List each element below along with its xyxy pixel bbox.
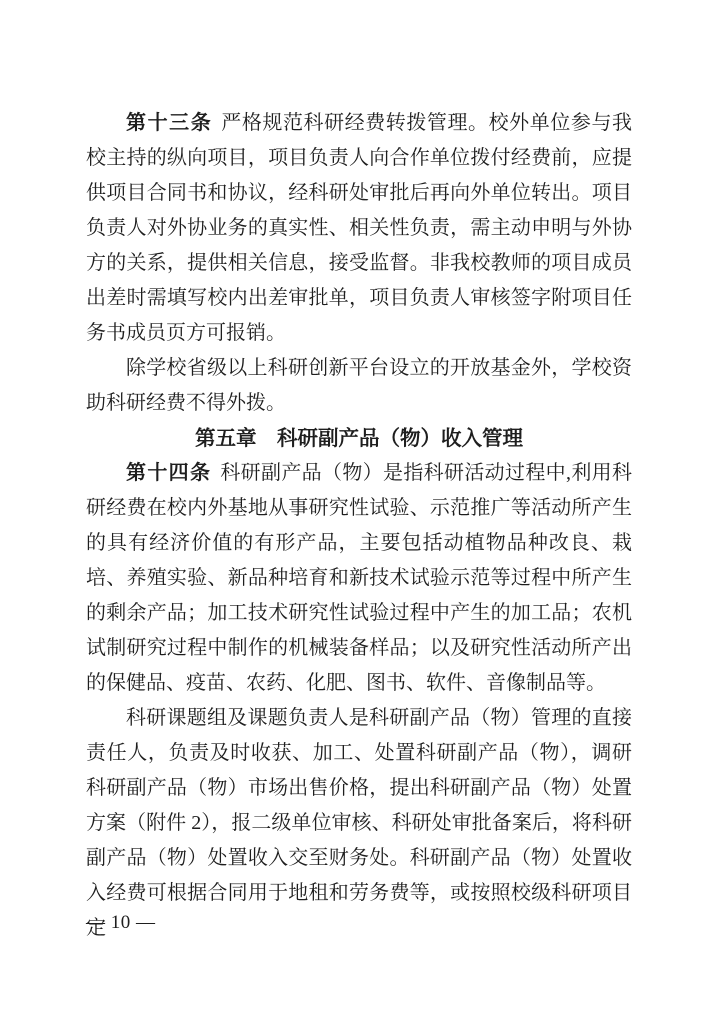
article-13-paragraph: 第十三条严格规范科研经费转拨管理。校外单位参与我校主持的纵向项目，项目负责人向合… [86,106,632,351]
chapter-5-heading: 第五章 科研副产品（物）收入管理 [86,421,632,456]
article-14-text: 科研副产品（物）是指科研活动过程中,利用科研经费在校内外基地从事研究性试验、示范… [86,462,632,694]
document-body: 第十三条严格规范科研经费转拨管理。校外单位参与我校主持的纵向项目，项目负责人向合… [86,106,632,946]
paragraph-byproduct-management: 科研课题组及课题负责人是科研副产品（物）管理的直接责任人，负责及时收获、加工、处… [86,701,632,946]
document-page: 第十三条严格规范科研经费转拨管理。校外单位参与我校主持的纵向项目，项目负责人向合… [0,0,720,1018]
article-14-number: 第十四条 [126,462,211,484]
article-14-paragraph: 第十四条科研副产品（物）是指科研活动过程中,利用科研经费在校内外基地从事研究性试… [86,456,632,701]
article-13-number: 第十三条 [126,112,212,134]
paragraph-no-external-transfer: 除学校省级以上科研创新平台设立的开放基金外，学校资助科研经费不得外拨。 [86,351,632,421]
article-13-text: 严格规范科研经费转拨管理。校外单位参与我校主持的纵向项目，项目负责人向合作单位拨… [86,112,632,344]
page-number: — 10 — [86,912,156,934]
